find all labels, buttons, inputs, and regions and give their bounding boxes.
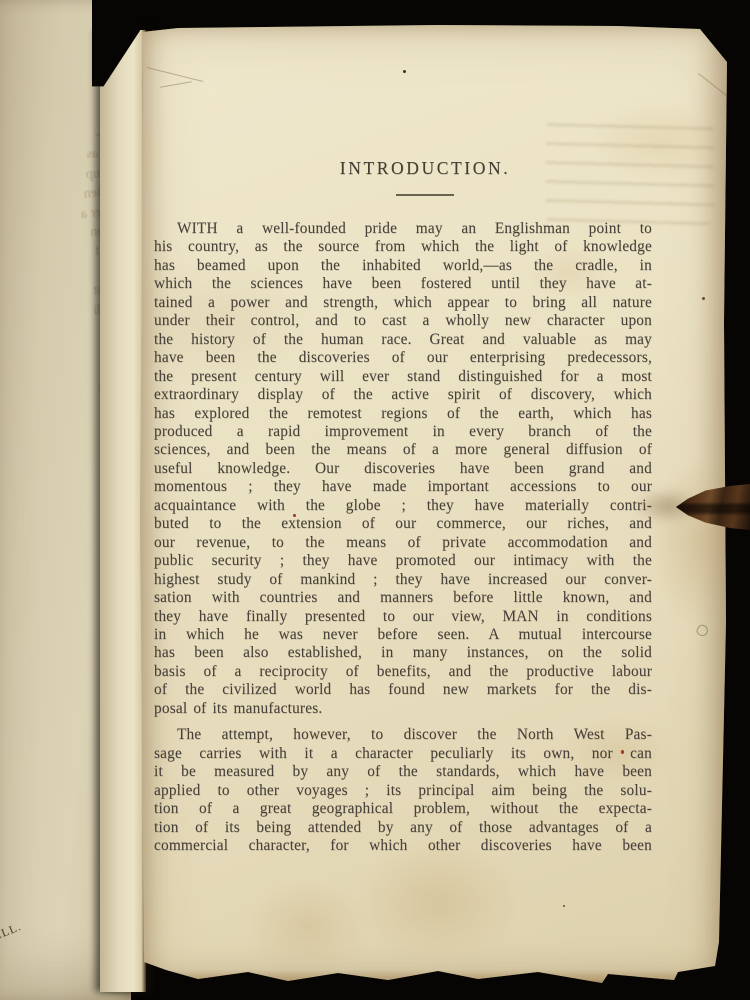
- book-gutter: [100, 30, 146, 992]
- book-photo: With a well-his country, ashas beamed up…: [0, 0, 750, 1000]
- text-line: have been the discoveries of our enterpr…: [154, 349, 652, 367]
- text-line: under their control, and to cast a wholl…: [154, 312, 652, 330]
- text-line: our revenue, to the means of private acc…: [154, 534, 652, 552]
- text-line: the history of the human race. Great and…: [154, 331, 652, 349]
- page-content: INTRODUCTION. WITH a well-founded pride …: [154, 22, 652, 855]
- red-speck: [293, 514, 296, 517]
- text-line: has beamed upon the inhabited world,—as …: [154, 257, 652, 275]
- text-line: it be measured by any of the standards, …: [154, 763, 652, 781]
- page-bottom-edge: [138, 970, 730, 986]
- text-line: in which he was never before seen. A mut…: [154, 626, 652, 644]
- text-line: of the civilized world has found new mar…: [154, 681, 652, 699]
- text-line: acquaintance with the globe ; they have …: [154, 497, 652, 515]
- text-line: WITH a well-founded pride may an English…: [154, 220, 652, 238]
- text-line: sage carries with it a character peculia…: [154, 745, 652, 763]
- text-line: sation with countries and manners before…: [154, 589, 652, 607]
- text-line: his country, as the source from which th…: [154, 238, 652, 256]
- ink-speck: [563, 905, 565, 907]
- text-line: which the sciences have been fostered un…: [154, 275, 652, 293]
- text-line: has explored the remotest regions of the…: [154, 405, 652, 423]
- text-line: highest study of mankind ; they have inc…: [154, 571, 652, 589]
- text-line: momentous ; they have made important acc…: [154, 478, 652, 496]
- paragraph-2: The attempt, however, to discover the No…: [154, 726, 652, 855]
- page-title: INTRODUCTION.: [176, 158, 674, 179]
- text-line: public security ; they have promoted our…: [154, 552, 652, 570]
- text-line: has been also established, in many insta…: [154, 644, 652, 662]
- text-line: sciences, and been the means of a more g…: [154, 441, 652, 459]
- text-line: commercial character, for which other di…: [154, 837, 652, 855]
- title-rule: [396, 194, 454, 196]
- text-line: tained a power and strength, which appea…: [154, 294, 652, 312]
- text-line: applied to other voyages ; its principal…: [154, 782, 652, 800]
- text-line: they have finally presented to our view,…: [154, 608, 652, 626]
- text-line: The attempt, however, to discover the No…: [154, 726, 652, 744]
- text-line: the present century will ever stand dist…: [154, 368, 652, 386]
- text-line: tion of a great geographical problem, wi…: [154, 800, 652, 818]
- text-line: useful knowledge. Our discoveries have b…: [154, 460, 652, 478]
- text-line: extraordinary display of the active spir…: [154, 386, 652, 404]
- text-line: basis of a reciprocity of benefits, and …: [154, 663, 652, 681]
- signature-mark: ELL.: [0, 919, 24, 944]
- text-line: produced a rapid improvement in every br…: [154, 423, 652, 441]
- text-line: tion of its being attended by any of tho…: [154, 819, 652, 837]
- red-speck: [621, 750, 624, 754]
- paragraph-1: WITH a well-founded pride may an English…: [154, 220, 652, 718]
- text-line: posal of its manufactures.: [154, 700, 652, 718]
- foxing-speck: [702, 297, 705, 300]
- text-line: buted to the extension of our commerce, …: [154, 515, 652, 533]
- ink-speck: [403, 70, 406, 73]
